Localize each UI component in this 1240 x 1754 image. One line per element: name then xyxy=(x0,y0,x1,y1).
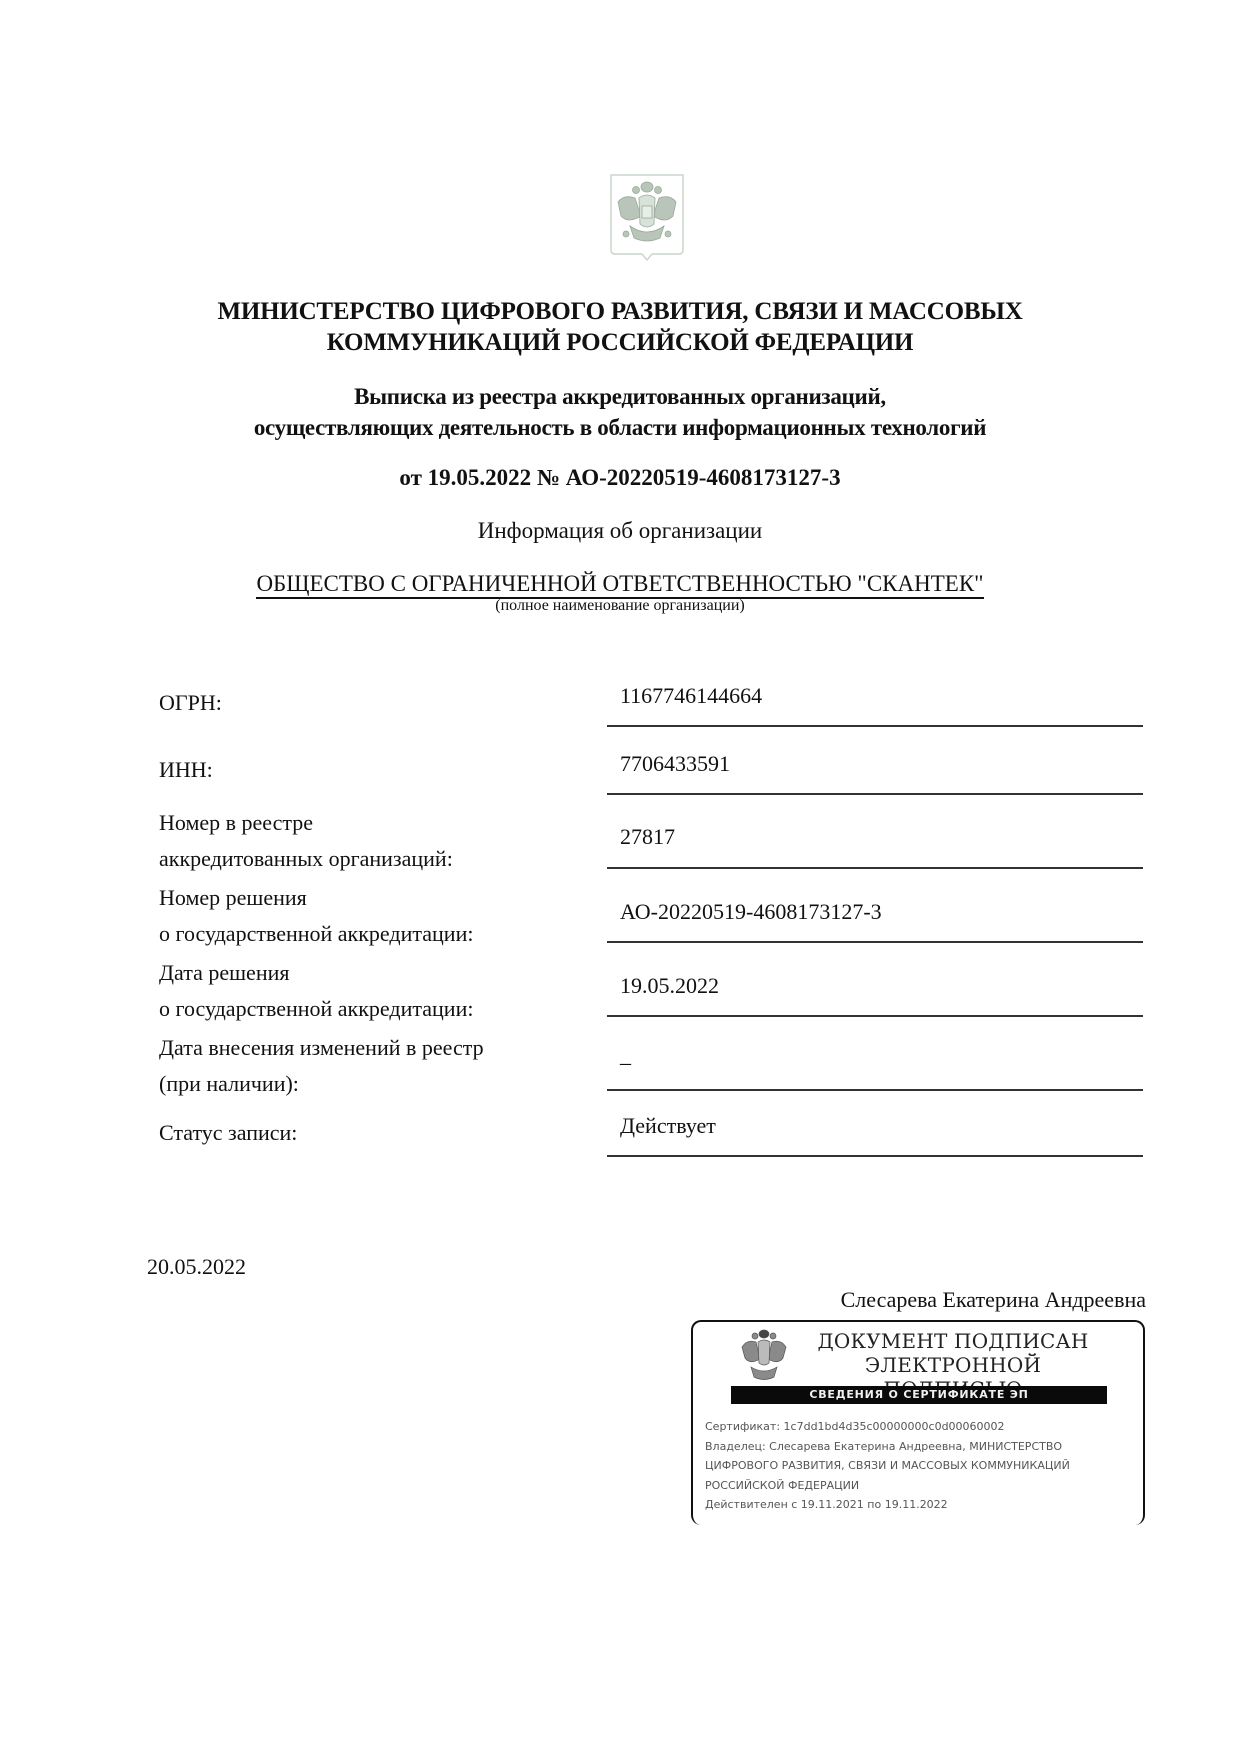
decree-number: от 19.05.2022 № АО-20220519-4608173127-3 xyxy=(0,463,1240,493)
field-underline xyxy=(607,725,1143,727)
field-label-line2: о государственной аккредитации: xyxy=(159,991,579,1027)
field-label-registry-change-date: Дата внесения изменений в реестр (при на… xyxy=(159,1030,579,1102)
field-label-line1: Дата решения xyxy=(159,955,579,991)
field-label-line1: Номер в реестре xyxy=(159,805,579,841)
field-value-inn: 7706433591 xyxy=(620,749,730,779)
document-title: Выписка из реестра аккредитованных орган… xyxy=(0,381,1240,443)
field-value-ogrn: 1167746144664 xyxy=(620,681,762,711)
field-value-registry-number: 27817 xyxy=(620,822,675,852)
certificate-details: Сертификат: 1c7dd1bd4d35c00000000c0d0006… xyxy=(705,1417,1135,1515)
field-underline xyxy=(607,793,1143,795)
field-underline xyxy=(607,1155,1143,1157)
electronic-signature-stamp: ДОКУМЕНТ ПОДПИСАН ЭЛЕКТРОННОЙ ПОДПИСЬЮ С… xyxy=(691,1320,1145,1525)
signer-name: Слесарева Екатерина Андреевна xyxy=(700,1286,1146,1314)
field-underline xyxy=(607,1015,1143,1017)
certificate-owner-line1: Владелец: Слесарева Екатерина Андреевна,… xyxy=(705,1437,1135,1457)
organization-full-name: ОБЩЕСТВО С ОГРАНИЧЕННОЙ ОТВЕТСТВЕННОСТЬЮ… xyxy=(0,570,1240,598)
field-value-registry-change-date: _ xyxy=(620,1040,631,1070)
field-label-record-status: Статус записи: xyxy=(159,1115,579,1151)
certificate-owner-line2: ЦИФРОВОГО РАЗВИТИЯ, СВЯЗИ И МАССОВЫХ КОМ… xyxy=(705,1456,1135,1476)
certificate-serial: Сертификат: 1c7dd1bd4d35c00000000c0d0006… xyxy=(705,1417,1135,1437)
field-value-record-status: Действует xyxy=(620,1111,716,1141)
field-underline xyxy=(607,867,1143,869)
issue-date: 20.05.2022 xyxy=(147,1253,246,1281)
field-underline xyxy=(607,1089,1143,1091)
certificate-info-bar: СВЕДЕНИЯ О СЕРТИФИКАТЕ ЭП xyxy=(731,1386,1107,1404)
russian-coat-of-arms-icon xyxy=(608,172,686,262)
field-label-decision-date: Дата решения о государственной аккредита… xyxy=(159,955,579,1027)
ministry-heading: МИНИСТЕРСТВО ЦИФРОВОГО РАЗВИТИЯ, СВЯЗИ И… xyxy=(0,296,1240,358)
field-label-line2: (при наличии): xyxy=(159,1066,579,1102)
field-value-decision-number: АО-20220519-4608173127-3 xyxy=(620,897,882,927)
field-label-inn: ИНН: xyxy=(159,752,579,788)
field-label-decision-number: Номер решения о государственной аккредит… xyxy=(159,880,579,952)
document-title-line1: Выписка из реестра аккредитованных орган… xyxy=(0,381,1240,412)
russian-coat-of-arms-icon xyxy=(739,1327,789,1384)
field-label-line2: аккредитованных организаций: xyxy=(159,841,579,877)
field-label-line1: Дата внесения изменений в реестр xyxy=(159,1030,579,1066)
organization-full-name-text: ОБЩЕСТВО С ОГРАНИЧЕННОЙ ОТВЕТСТВЕННОСТЬЮ… xyxy=(256,571,983,599)
organization-name-caption: (полное наименование организации) xyxy=(0,597,1240,615)
ministry-heading-line1: МИНИСТЕРСТВО ЦИФРОВОГО РАЗВИТИЯ, СВЯЗИ И… xyxy=(0,296,1240,327)
stamp-title-line1: ДОКУМЕНТ ПОДПИСАН xyxy=(803,1329,1103,1353)
field-label-ogrn: ОГРН: xyxy=(159,685,579,721)
document-title-line2: осуществляющих деятельность в области ин… xyxy=(0,412,1240,443)
field-value-decision-date: 19.05.2022 xyxy=(620,971,719,1001)
field-label-line1: Номер решения xyxy=(159,880,579,916)
ministry-heading-line2: КОММУНИКАЦИЙ РОССИЙСКОЙ ФЕДЕРАЦИИ xyxy=(0,327,1240,358)
certificate-owner-line3: РОССИЙСКОЙ ФЕДЕРАЦИИ xyxy=(705,1476,1135,1496)
certificate-validity: Действителен с 19.11.2021 по 19.11.2022 xyxy=(705,1495,1135,1515)
field-label-line2: о государственной аккредитации: xyxy=(159,916,579,952)
field-label-registry-number: Номер в реестре аккредитованных организа… xyxy=(159,805,579,877)
organization-section-title: Информация об организации xyxy=(0,516,1240,546)
field-underline xyxy=(607,941,1143,943)
